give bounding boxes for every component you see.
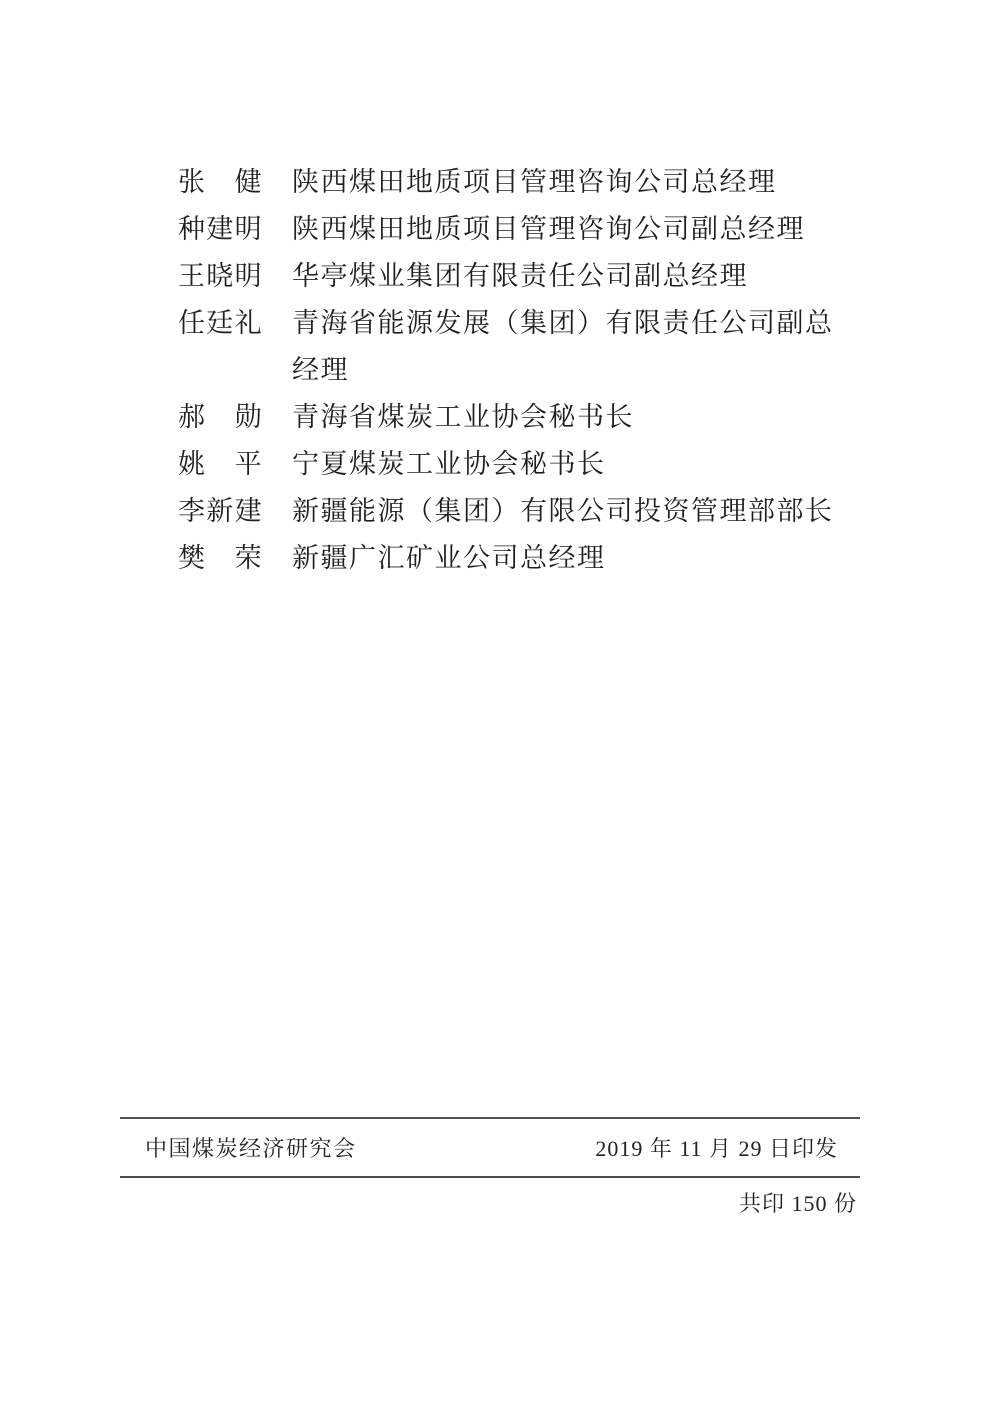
roster-row: 郝 勋 青海省煤炭工业协会秘书长 [178, 394, 858, 441]
issuing-organization: 中国煤炭经济研究会 [120, 1132, 357, 1163]
roster-row: 姚 平 宁夏煤炭工业协会秘书长 [178, 441, 858, 488]
person-title: 新疆能源（集团）有限公司投资管理部部长 [292, 488, 858, 535]
issue-date: 2019 年 11 月 29 日印发 [595, 1132, 860, 1163]
person-name: 张 健 [178, 159, 263, 206]
person-title: 陕西煤田地质项目管理咨询公司总经理 [292, 159, 858, 206]
roster-row: 李新建 新疆能源（集团）有限公司投资管理部部长 [178, 488, 858, 535]
person-title: 陕西煤田地质项目管理咨询公司副总经理 [292, 206, 858, 253]
roster-row: 王晓明 华亭煤业集团有限责任公司副总经理 [178, 253, 858, 300]
person-title: 华亭煤业集团有限责任公司副总经理 [292, 253, 858, 300]
roster-row: 任廷礼 青海省能源发展（集团）有限责任公司副总 经理 [178, 300, 858, 394]
person-title: 青海省能源发展（集团）有限责任公司副总 经理 [292, 300, 858, 394]
person-name: 种建明 [178, 206, 263, 253]
document-page: 张 健 陕西煤田地质项目管理咨询公司总经理 种建明 陕西煤田地质项目管理咨询公司… [0, 0, 1000, 1415]
person-name: 任廷礼 [178, 300, 263, 347]
roster-row: 种建明 陕西煤田地质项目管理咨询公司副总经理 [178, 206, 858, 253]
footer-copies-row: 共印 150 份 [120, 1178, 860, 1226]
person-name: 樊 荣 [178, 535, 263, 582]
person-name: 李新建 [178, 488, 263, 535]
person-title: 青海省煤炭工业协会秘书长 [292, 394, 858, 441]
person-name: 姚 平 [178, 441, 263, 488]
roster-row: 樊 荣 新疆广汇矿业公司总经理 [178, 535, 858, 582]
person-title: 宁夏煤炭工业协会秘书长 [292, 441, 858, 488]
roster-list: 张 健 陕西煤田地质项目管理咨询公司总经理 种建明 陕西煤田地质项目管理咨询公司… [178, 159, 858, 582]
person-name: 郝 勋 [178, 394, 263, 441]
person-title: 新疆广汇矿业公司总经理 [292, 535, 858, 582]
print-count: 共印 150 份 [739, 1187, 860, 1218]
roster-row: 张 健 陕西煤田地质项目管理咨询公司总经理 [178, 159, 858, 206]
footer-issue-row: 中国煤炭经济研究会 2019 年 11 月 29 日印发 [120, 1119, 860, 1176]
person-name: 王晓明 [178, 253, 263, 300]
document-footer: 中国煤炭经济研究会 2019 年 11 月 29 日印发 共印 150 份 [120, 1117, 860, 1226]
